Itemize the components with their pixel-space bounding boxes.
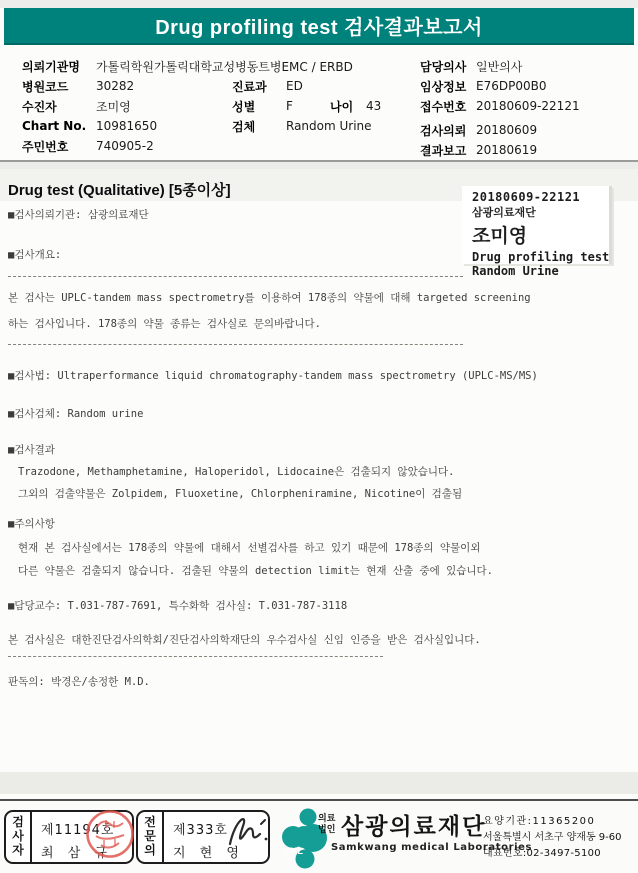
report-date-label: 결과보고 [420, 142, 476, 159]
chart-no-value: 10981650 [96, 119, 157, 133]
patient-label: 수진자 [22, 98, 96, 115]
line-caution-2: 다른 약물은 검출되지 않습니다. 검출된 약물의 detection limi… [18, 563, 493, 578]
report-date-value: 20180619 [476, 143, 537, 157]
request-date-value: 20180609 [476, 123, 537, 137]
info-row-report-date: 결과보고 20180619 [420, 140, 580, 160]
line-result-heading: ■검사결과 [8, 442, 55, 457]
resident-no-value: 740905-2 [96, 139, 154, 153]
contact-address: 서울특별시 서초구 양재동 9-60 [483, 828, 635, 843]
line-result-1: Trazodone, Methamphetamine, Haloperidol,… [18, 464, 454, 479]
info-row-department: 진료과 ED [232, 76, 381, 96]
info-row-specimen: 검체 Random Urine [232, 116, 381, 136]
clinical-info-label: 임상정보 [420, 78, 476, 95]
specialist-role-cell: 전문의 [138, 812, 164, 862]
line-professor: ■담당교수: T.031-787-7691, 특수화학 검사실: T.031-7… [8, 598, 347, 613]
company-prefix: 의료법인 [318, 814, 338, 837]
dashed-divider-3 [8, 656, 383, 657]
line-result-2: 그외의 검출약물은 Zolpidem, Fluoxetine, Chlorphe… [18, 486, 462, 501]
institution-label: 의뢰기관명 [22, 58, 96, 75]
specimen-label-sticker: 20180609-22121 삼광의료재단 조미영 Drug profiling… [462, 186, 612, 264]
line-specimen: ■검사검체: Random urine [8, 406, 143, 421]
contact-phone: 대표번호:02-3497-5100 [483, 844, 635, 859]
patient-value: 조미영 [96, 98, 131, 115]
clinical-info-value: E76DP00B0 [476, 79, 546, 93]
dashed-divider-2 [8, 344, 463, 345]
info-row-sex-age: 성별 F 나이 43 [232, 96, 381, 116]
line-request-org: ■검사의뢰기관: 삼광의료재단 [8, 207, 149, 222]
sticker-accession: 20180609-22121 [472, 190, 609, 204]
sticker-org: 삼광의료재단 [472, 204, 609, 220]
sticker-patient-name: 조미영 [472, 221, 609, 248]
dashed-divider-1 [8, 276, 463, 277]
request-date-label: 검사의뢰 [420, 122, 476, 139]
report-title-banner: Drug profiling test 검사결과보고서 [4, 8, 634, 45]
sticker-test-name: Drug profiling test [472, 250, 609, 264]
line-overview-heading: ■검사개요: [8, 247, 61, 262]
resident-no-label: 주민번호 [22, 138, 96, 155]
line-accreditation: 본 검사실은 대한진단검사의학회/진단검사의학재단의 우수검사실 신임 인증을 … [8, 632, 481, 647]
info-row-institution: 의뢰기관명 가톨릭학원가톨릭대학교성병동트병EMC / ERBD [22, 56, 353, 76]
specialist-role-label: 전문의 [143, 816, 157, 857]
examiner-role-label: 검사자 [11, 816, 25, 857]
info-row-resident-no: 주민번호 740905-2 [22, 136, 353, 156]
section-title: Drug test (Qualitative) [5종이상] [8, 179, 231, 200]
examiner-seal-icon [84, 808, 136, 860]
department-value: ED [286, 79, 303, 93]
info-row-doctor: 담당의사 일반의사 [420, 56, 580, 76]
info-column-right: 담당의사 일반의사 임상정보 E76DP00B0 접수번호 20180609-2… [420, 56, 580, 160]
doctor-label: 담당의사 [420, 58, 476, 75]
scan-margin [0, 0, 638, 8]
line-method: ■검사법: Ultraperformance liquid chromatogr… [8, 368, 538, 383]
hospital-code-label: 병원코드 [22, 78, 96, 95]
line-caution-heading: ■주의사항 [8, 516, 55, 531]
examiner-role-cell: 검사자 [6, 812, 32, 862]
specimen-label: 검체 [232, 118, 286, 135]
contact-care-org-no: 요양기관:11365200 [483, 812, 635, 827]
age-label: 나이 [330, 98, 366, 115]
sex-value: F [286, 99, 330, 113]
line-reader: 판독의: 박경은/송정한 M.D. [8, 674, 150, 689]
sticker-specimen-type: Random Urine [472, 264, 609, 278]
info-row-accession-no: 접수번호 20180609-22121 [420, 96, 580, 116]
lab-report-page: Drug profiling test 검사결과보고서 의뢰기관명 가톨릭학원가… [0, 0, 638, 873]
info-row-request-date: 검사의뢰 20180609 [420, 120, 580, 140]
hospital-code-value: 30282 [96, 79, 134, 93]
department-label: 진료과 [232, 78, 286, 95]
line-overview-2: 하는 검사입니다. 178종의 약물 종류는 검사실로 문의바랍니다. [8, 316, 321, 331]
age-value: 43 [366, 99, 381, 113]
info-row-clinical-info: 임상정보 E76DP00B0 [420, 76, 580, 96]
accession-no-label: 접수번호 [420, 98, 476, 115]
line-caution-1: 현재 본 검사실에서는 178종의 약물에 대해서 선별검사를 하고 있기 때문… [18, 540, 480, 555]
specimen-value: Random Urine [286, 119, 372, 133]
chart-no-label: Chart No. [22, 119, 96, 133]
footer-shade-band [0, 772, 638, 794]
specialist-signature-icon [220, 806, 272, 860]
line-overview-1: 본 검사는 UPLC-tandem mass spectrometry를 이용하… [8, 290, 531, 305]
doctor-value: 일반의사 [476, 58, 522, 75]
section-divider [0, 160, 638, 169]
report-title: Drug profiling test 검사결과보고서 [155, 11, 483, 40]
institution-value: 가톨릭학원가톨릭대학교성병동트병EMC / ERBD [96, 58, 353, 75]
sex-label: 성별 [232, 98, 286, 115]
accession-no-value: 20180609-22121 [476, 99, 580, 113]
info-column-middle: 진료과 ED 성별 F 나이 43 검체 Random Urine [232, 76, 381, 136]
company-name: 삼광의료재단 [341, 808, 486, 841]
sml-logo-text: SML [284, 846, 304, 856]
